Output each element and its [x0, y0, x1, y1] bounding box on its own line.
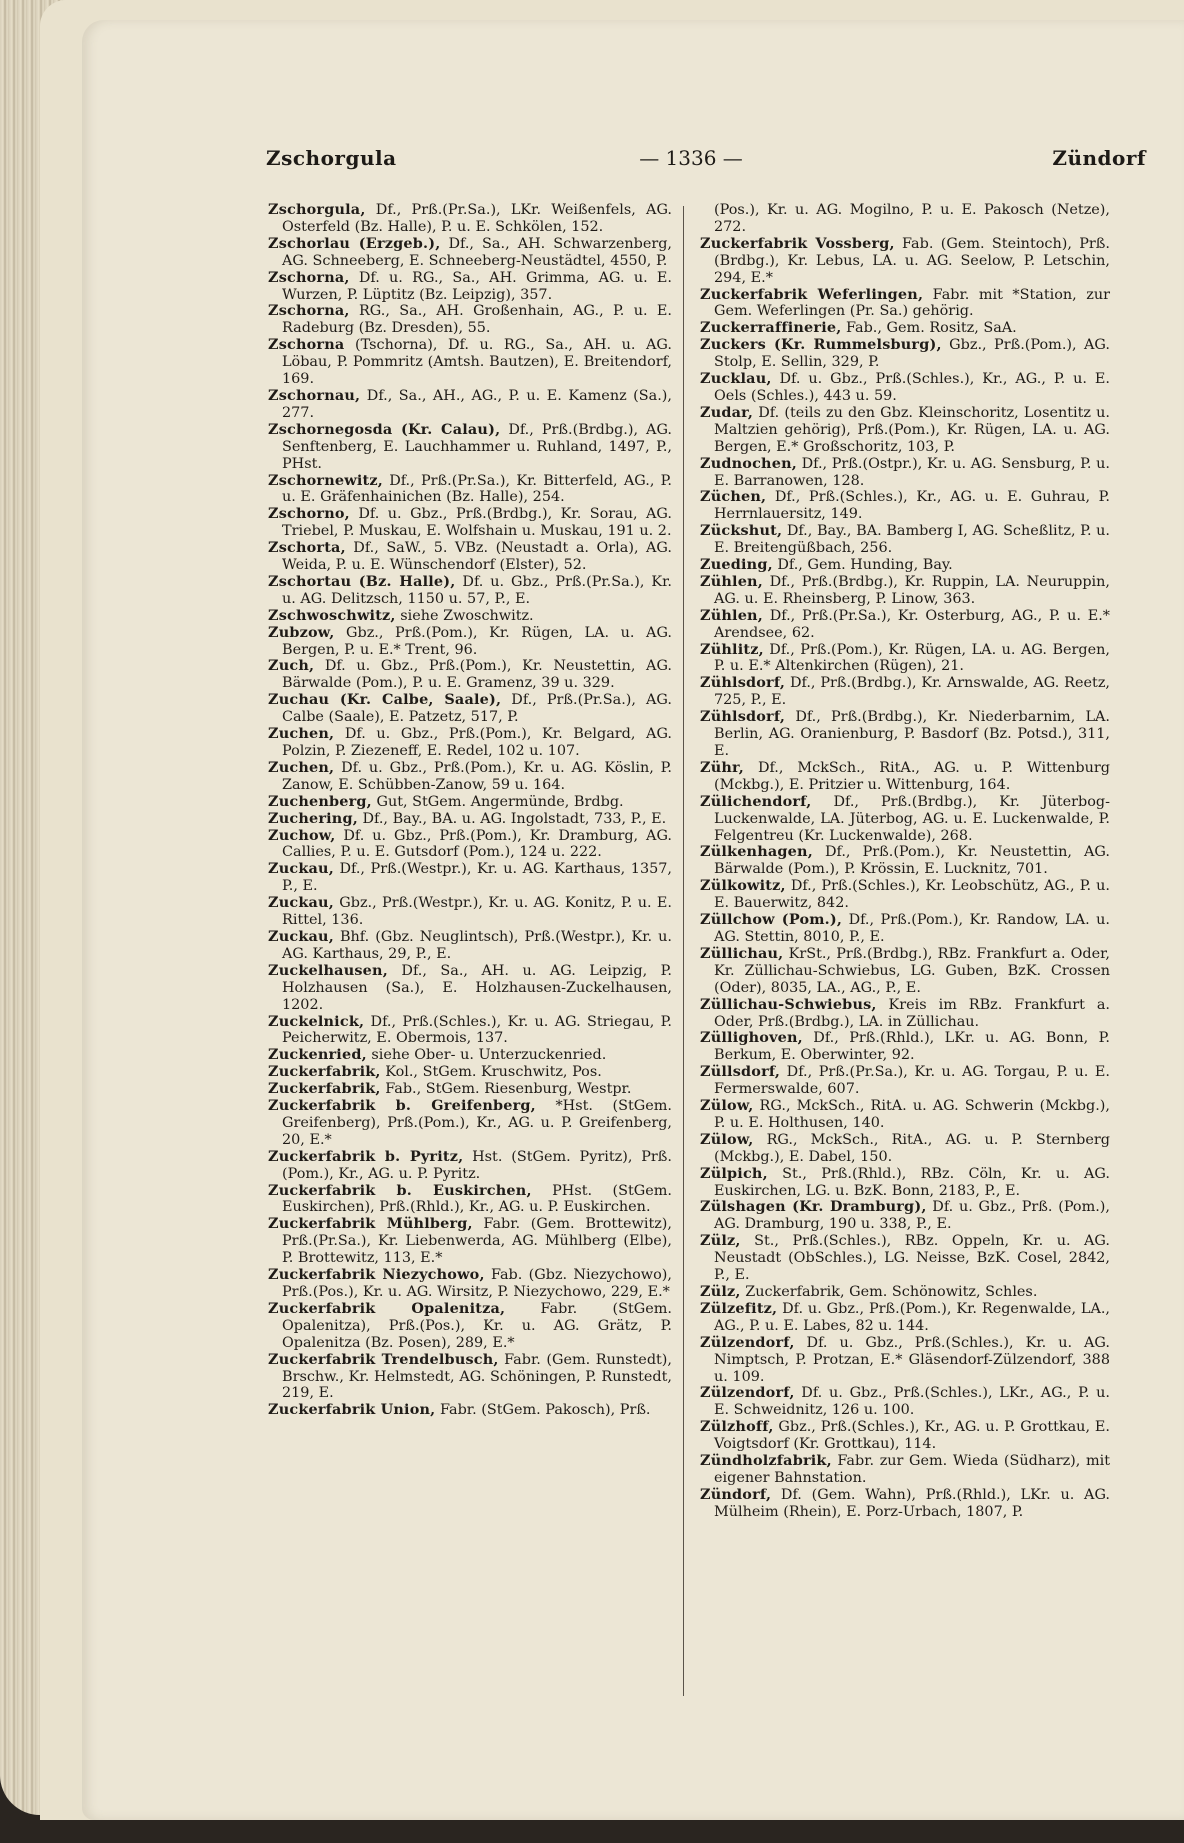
entry-headword: Züllchow (Pom.), [700, 911, 842, 928]
entry-headword: Züllighoven, [700, 1029, 803, 1046]
entry-headword: Zülz, [700, 1283, 741, 1300]
entry-headword: Zschorna, [268, 269, 350, 286]
entry-text: Df. u. Gbz., Prß.(Schles.), Kr., AG., P.… [714, 371, 1110, 404]
entry-headword: Zühr, [700, 759, 744, 776]
gazetteer-entry: Zühlitz, Df., Prß.(Pom.), Kr. Rügen, LA.… [700, 642, 1110, 676]
gazetteer-entry: Zuckau, Df., Prß.(Westpr.), Kr. u. AG. K… [268, 861, 672, 895]
gazetteer-entry: Zuckerfabrik Union, Fabr. (StGem. Pakosc… [268, 1402, 672, 1419]
entry-headword: Zülkowitz, [700, 877, 786, 894]
entry-headword: Zuckerfabrik b. Greifenberg, [268, 1097, 536, 1114]
entry-text: Df., Prß.(Pom.), Kr. Rügen, LA. u. AG. B… [714, 642, 1110, 675]
gazetteer-entry: Zühlsdorf, Df., Prß.(Brdbg.), Kr. Nieder… [700, 709, 1110, 760]
column-divider [683, 206, 684, 1696]
entry-headword: Zschorgula, [268, 201, 366, 218]
entry-headword: Zschorna [268, 336, 344, 353]
entry-headword: Zuchen, [268, 725, 334, 742]
gazetteer-entry: Zündorf, Df. (Gem. Wahn), Prß.(Rhld.), L… [700, 1487, 1110, 1521]
entry-headword: Züllichau-Schwiebus, [700, 996, 877, 1013]
gazetteer-entry: Zülz, St., Prß.(Schles.), RBz. Oppeln, K… [700, 1233, 1110, 1284]
entry-text: Df. u. Gbz., Prß.(Pom.), Kr. Neustettin,… [282, 658, 672, 691]
entry-headword: Zucklau, [700, 370, 772, 387]
entry-headword: Zschornegosda (Kr. Calau), [268, 421, 500, 438]
gazetteer-entry: Zülow, RG., MckSch., RitA., AG. u. P. St… [700, 1132, 1110, 1166]
gazetteer-entry: Zuckerfabrik Niezychowo, Fab. (Gbz. Niez… [268, 1267, 672, 1301]
gazetteer-entry: Zühlsdorf, Df., Prß.(Brdbg.), Kr. Arnswa… [700, 675, 1110, 709]
gazetteer-entry: Zuckerfabrik b. Pyritz, Hst. (StGem. Pyr… [268, 1149, 672, 1183]
entry-text: St., Prß.(Rhld.), RBz. Cöln, Kr. u. AG. … [714, 1166, 1110, 1199]
gazetteer-entry: Züllchow (Pom.), Df., Prß.(Pom.), Kr. Ra… [700, 912, 1110, 946]
gazetteer-entry: Zucklau, Df. u. Gbz., Prß.(Schles.), Kr.… [700, 371, 1110, 405]
gazetteer-entry: Zschwoschwitz, siehe Zwoschwitz. [268, 608, 672, 625]
entry-headword: Zühlsdorf, [700, 708, 785, 725]
entry-headword: Zuckerfabrik b. Euskirchen, [268, 1182, 532, 1199]
gazetteer-entry: Zülichendorf, Df., Prß.(Brdbg.), Kr. Jüt… [700, 794, 1110, 845]
running-header: Zschorgula — 1336 — Zündorf [266, 146, 1116, 176]
gazetteer-entry: Zündholzfabrik, Fabr. zur Gem. Wieda (Sü… [700, 1453, 1110, 1487]
entry-headword: Zuckerfabrik b. Pyritz, [268, 1148, 463, 1165]
entry-text: Df., Gem. Hunding, Bay. [773, 557, 953, 573]
gazetteer-entry: Zuckerfabrik Opalenitza, Fabr. (StGem. O… [268, 1301, 672, 1352]
entry-headword: Zudar, [700, 404, 753, 421]
entry-headword: Zschornau, [268, 387, 360, 404]
entry-headword: Zuckerfabrik Niezychowo, [268, 1266, 485, 1283]
gazetteer-entry: Zuckerfabrik b. Euskirchen, PHst. (StGem… [268, 1183, 672, 1217]
entry-headword: Zuchau (Kr. Calbe, Saale), [268, 691, 501, 708]
entry-headword: Zschwoschwitz, [268, 607, 396, 624]
entry-headword: Zubzow, [268, 624, 334, 641]
entry-headword: Zuckau, [268, 928, 334, 945]
gazetteer-entry: Züllighoven, Df., Prß.(Rhld.), LKr. u. A… [700, 1030, 1110, 1064]
gazetteer-entry: Zuckau, Bhf. (Gbz. Neuglintsch), Prß.(We… [268, 929, 672, 963]
gazetteer-entry: Zuchering, Df., Bay., BA. u. AG. Ingolst… [268, 811, 672, 828]
gazetteer-entry: Zülpich, St., Prß.(Rhld.), RBz. Cöln, Kr… [700, 1166, 1110, 1200]
entry-text: RG., MckSch., RitA. u. AG. Schwerin (Mck… [714, 1098, 1110, 1131]
entry-headword: Zuckelhausen, [268, 962, 388, 979]
gazetteer-entry: Zschortau (Bz. Halle), Df. u. Gbz., Prß.… [268, 574, 672, 608]
gazetteer-entry: Züllichau, KrSt., Prß.(Brdbg.), RBz. Fra… [700, 946, 1110, 997]
gazetteer-entry: Zuckenried, siehe Ober- u. Unterzuckenri… [268, 1047, 672, 1064]
gazetteer-entry: Zschorna, RG., Sa., AH. Großenhain, AG.,… [268, 303, 672, 337]
entry-text: Df., Prß.(Westpr.), Kr. u. AG. Karthaus,… [282, 861, 672, 894]
running-head-right: Zündorf [1052, 146, 1146, 170]
entry-text: Gbz., Prß.(Pom.), Kr. Rügen, LA. u. AG. … [282, 625, 672, 658]
entry-headword: Züllichau, [700, 945, 783, 962]
entry-headword: Zuckers (Kr. Rummelsburg), [700, 336, 942, 353]
gazetteer-entry: Zschorno, Df. u. Gbz., Prß.(Brdbg.), Kr.… [268, 506, 672, 540]
entry-headword: Zuckerfabrik Union, [268, 1401, 435, 1418]
gazetteer-entry: Zülkenhagen, Df., Prß.(Pom.), Kr. Neuste… [700, 844, 1110, 878]
entry-headword: Zschorno, [268, 505, 350, 522]
entry-text: Df., MckSch., RitA., AG. u. P. Wittenbur… [714, 760, 1110, 793]
entry-headword: Zuchow, [268, 827, 335, 844]
entry-text: Fab., Gem. Rositz, SaA. [841, 320, 1016, 336]
gazetteer-entry: Zuckerfabrik Trendelbusch, Fabr. (Gem. R… [268, 1352, 672, 1403]
entry-headword: Zündorf, [700, 1486, 771, 1503]
gazetteer-entry: Züllichau-Schwiebus, Kreis im RBz. Frank… [700, 997, 1110, 1031]
entry-text: Df. (teils zu den Gbz. Kleinschoritz, Lo… [714, 405, 1110, 455]
gazetteer-entry: Zuckau, Gbz., Prß.(Westpr.), Kr. u. AG. … [268, 895, 672, 929]
entry-text: Df., Bay., BA. u. AG. Ingolstadt, 733, P… [358, 811, 666, 827]
entry-headword: Zülz, [700, 1232, 741, 1249]
gazetteer-entry: Zuchen, Df. u. Gbz., Prß.(Pom.), Kr. u. … [268, 760, 672, 794]
entry-text: Fabr. (StGem. Pakosch), Prß. [435, 1402, 650, 1418]
entry-headword: Zueding, [700, 556, 773, 573]
gazetteer-entry: Zuckerfabrik Vossberg, Fab. (Gem. Steint… [700, 236, 1110, 287]
gazetteer-entry: Zschornegosda (Kr. Calau), Df., Prß.(Brd… [268, 422, 672, 473]
entry-text: Df. u. Gbz., Prß.(Pom.), Kr. Dramburg, A… [282, 828, 672, 861]
gazetteer-entry: Zueding, Df., Gem. Hunding, Bay. [700, 557, 1110, 574]
entry-text: Gbz., Prß.(Westpr.), Kr. u. AG. Konitz, … [282, 895, 672, 928]
entry-headword: Zuckerfabrik Opalenitza, [268, 1300, 505, 1317]
entry-headword: Zückshut, [700, 522, 782, 539]
entry-headword: Zuchering, [268, 810, 358, 827]
gazetteer-entry: Zülzendorf, Df. u. Gbz., Prß.(Schles.), … [700, 1335, 1110, 1386]
entry-headword: Zülpich, [700, 1165, 768, 1182]
entry-headword: Zuckerfabrik, [268, 1063, 381, 1080]
gazetteer-entry: Zuckerfabrik, Kol., StGem. Kruschwitz, P… [268, 1064, 672, 1081]
entry-headword: Zühlen, [700, 573, 763, 590]
gazetteer-entry: (Pos.), Kr. u. AG. Mogilno, P. u. E. Pak… [700, 202, 1110, 236]
entry-text: Df. u. Gbz., Prß.(Pom.), Kr. u. AG. Kösl… [282, 760, 672, 793]
entry-text: Df., Prß.(Brdbg.), Kr. Ruppin, LA. Neuru… [714, 574, 1110, 607]
gazetteer-entry: Zuckerraffinerie, Fab., Gem. Rositz, SaA… [700, 320, 1110, 337]
entry-headword: Zülzendorf, [700, 1384, 795, 1401]
entry-text: Df., Prß.(Pr.Sa.), Kr. Osterburg, AG., P… [714, 608, 1110, 641]
entry-headword: Zuckerraffinerie, [700, 319, 841, 336]
entry-headword: Zuckerfabrik Weferlingen, [700, 286, 923, 303]
entry-headword: Zuchen, [268, 759, 334, 776]
entry-text: siehe Zwoschwitz. [396, 608, 534, 624]
entry-headword: Zühlitz, [700, 641, 764, 658]
gazetteer-entry: Zülz, Zuckerfabrik, Gem. Schönowitz, Sch… [700, 1284, 1110, 1301]
entry-headword: Zuckerfabrik, [268, 1080, 381, 1097]
gazetteer-entry: Zuckerfabrik Mühlberg, Fabr. (Gem. Brott… [268, 1216, 672, 1267]
right-column: (Pos.), Kr. u. AG. Mogilno, P. u. E. Pak… [700, 202, 1110, 1521]
gazetteer-entry: Zuckers (Kr. Rummelsburg), Gbz., Prß.(Po… [700, 337, 1110, 371]
gazetteer-entry: Zuch, Df. u. Gbz., Prß.(Pom.), Kr. Neust… [268, 658, 672, 692]
entry-text: Df., Prß.(Schles.), Kr., AG. u. E. Guhra… [714, 489, 1110, 522]
entry-headword: Zuckerfabrik Trendelbusch, [268, 1351, 499, 1368]
gazetteer-entry: Zschorna (Tschorna), Df. u. RG., Sa., AH… [268, 337, 672, 388]
entry-text: siehe Ober- u. Unterzuckenried. [367, 1047, 606, 1063]
gazetteer-entry: Zülkowitz, Df., Prß.(Schles.), Kr. Leobs… [700, 878, 1110, 912]
entry-headword: Zuckerfabrik Vossberg, [700, 235, 895, 252]
gazetteer-entry: Zülow, RG., MckSch., RitA. u. AG. Schwer… [700, 1098, 1110, 1132]
gazetteer-entry: Zuchau (Kr. Calbe, Saale), Df., Prß.(Pr.… [268, 692, 672, 726]
entry-text: Df. (Gem. Wahn), Prß.(Rhld.), LKr. u. AG… [714, 1487, 1110, 1520]
left-column: Zschorgula, Df., Prß.(Pr.Sa.), LKr. Weiß… [268, 202, 672, 1419]
gazetteer-entry: Züchen, Df., Prß.(Schles.), Kr., AG. u. … [700, 489, 1110, 523]
gazetteer-entry: Zuckerfabrik, Fab., StGem. Riesenburg, W… [268, 1081, 672, 1098]
entry-text: Bhf. (Gbz. Neuglintsch), Prß.(Westpr.), … [282, 929, 672, 962]
entry-text: (Pos.), Kr. u. AG. Mogilno, P. u. E. Pak… [714, 202, 1110, 235]
entry-text: Df. u. Gbz., Prß.(Pom.), Kr. Belgard, AG… [282, 726, 672, 759]
entry-headword: Züchen, [700, 488, 766, 505]
gazetteer-entry: Zuchow, Df. u. Gbz., Prß.(Pom.), Kr. Dra… [268, 828, 672, 862]
gazetteer-entry: Zuchenberg, Gut, StGem. Angermünde, Brdb… [268, 794, 672, 811]
entry-headword: Zülkenhagen, [700, 843, 813, 860]
entry-headword: Zuckelnick, [268, 1013, 364, 1030]
gazetteer-entry: Züllsdorf, Df., Prß.(Pr.Sa.), Kr. u. AG.… [700, 1064, 1110, 1098]
gazetteer-entry: Zubzow, Gbz., Prß.(Pom.), Kr. Rügen, LA.… [268, 625, 672, 659]
entry-headword: Zschortau (Bz. Halle), [268, 573, 456, 590]
gazetteer-entry: Zschornau, Df., Sa., AH., AG., P. u. E. … [268, 388, 672, 422]
entry-text: Kol., StGem. Kruschwitz, Pos. [381, 1064, 602, 1080]
entry-headword: Zühlsdorf, [700, 674, 785, 691]
gazetteer-entry: Zülshagen (Kr. Dramburg), Df. u. Gbz., P… [700, 1199, 1110, 1233]
gazetteer-entry: Zudar, Df. (teils zu den Gbz. Kleinschor… [700, 405, 1110, 456]
gazetteer-entry: Zühlen, Df., Prß.(Brdbg.), Kr. Ruppin, L… [700, 574, 1110, 608]
gazetteer-entry: Zülzhoff, Gbz., Prß.(Schles.), Kr., AG. … [700, 1419, 1110, 1453]
gazetteer-entry: Zühr, Df., MckSch., RitA., AG. u. P. Wit… [700, 760, 1110, 794]
entry-headword: Zülshagen (Kr. Dramburg), [700, 1198, 927, 1215]
gazetteer-entry: Zuckelhausen, Df., Sa., AH. u. AG. Leipz… [268, 963, 672, 1014]
entry-headword: Zuch, [268, 657, 314, 674]
page-number: — 1336 — [266, 146, 1116, 170]
entry-headword: Zschornewitz, [268, 472, 383, 489]
entry-headword: Zschorlau (Erzgeb.), [268, 235, 440, 252]
gazetteer-entry: Zschorlau (Erzgeb.), Df., Sa., AH. Schwa… [268, 236, 672, 270]
entry-headword: Zuckerfabrik Mühlberg, [268, 1215, 473, 1232]
gazetteer-entry: Zülzefitz, Df. u. Gbz., Prß.(Pom.), Kr. … [700, 1301, 1110, 1335]
entry-headword: Zülzendorf, [700, 1334, 795, 1351]
entry-headword: Zündholzfabrik, [700, 1452, 832, 1469]
gazetteer-entry: Zühlen, Df., Prß.(Pr.Sa.), Kr. Osterburg… [700, 608, 1110, 642]
entry-headword: Zuchenberg, [268, 793, 372, 810]
entry-headword: Zuckau, [268, 860, 334, 877]
entry-headword: Zschorna, [268, 302, 350, 319]
entry-headword: Zülzefitz, [700, 1300, 777, 1317]
entry-text: RG., MckSch., RitA., AG. u. P. Sternberg… [714, 1132, 1110, 1165]
entry-text: Zuckerfabrik, Gem. Schönowitz, Schles. [741, 1284, 1038, 1300]
entry-headword: Zühlen, [700, 607, 763, 624]
gazetteer-entry: Zuckerfabrik b. Greifenberg, *Hst. (StGe… [268, 1098, 672, 1149]
entry-headword: Zülow, [700, 1097, 753, 1114]
entry-headword: Zuckau, [268, 894, 334, 911]
entry-headword: Zülow, [700, 1131, 753, 1148]
gazetteer-entry: Zülzendorf, Df. u. Gbz., Prß.(Schles.), … [700, 1385, 1110, 1419]
entry-headword: Zudnochen, [700, 455, 797, 472]
gazetteer-entry: Zückshut, Df., Bay., BA. Bamberg I, AG. … [700, 523, 1110, 557]
entry-text: Gut, StGem. Angermünde, Brdbg. [372, 794, 624, 810]
entry-headword: Zuckenried, [268, 1046, 367, 1063]
entry-text: St., Prß.(Schles.), RBz. Oppeln, Kr. u. … [714, 1233, 1110, 1283]
gazetteer-entry: Zuckerfabrik Weferlingen, Fabr. mit *Sta… [700, 287, 1110, 321]
gazetteer-entry: Zschorta, Df., SaW., 5. VBz. (Neustadt a… [268, 540, 672, 574]
gazetteer-entry: Zschorgula, Df., Prß.(Pr.Sa.), LKr. Weiß… [268, 202, 672, 236]
gazetteer-entry: Zudnochen, Df., Prß.(Ostpr.), Kr. u. AG.… [700, 456, 1110, 490]
entry-text: Fab., StGem. Riesenburg, Westpr. [381, 1081, 632, 1097]
entry-headword: Zschorta, [268, 539, 346, 556]
entry-headword: Zülichendorf, [700, 793, 811, 810]
gazetteer-entry: Zschornewitz, Df., Prß.(Pr.Sa.), Kr. Bit… [268, 473, 672, 507]
entry-headword: Züllsdorf, [700, 1063, 780, 1080]
gazetteer-entry: Zuckelnick, Df., Prß.(Schles.), Kr. u. A… [268, 1014, 672, 1048]
gazetteer-entry: Zuchen, Df. u. Gbz., Prß.(Pom.), Kr. Bel… [268, 726, 672, 760]
gazetteer-entry: Zschorna, Df. u. RG., Sa., AH. Grimma, A… [268, 270, 672, 304]
entry-text: Gbz., Prß.(Schles.), Kr., AG. u. P. Grot… [714, 1419, 1110, 1452]
entry-headword: Zülzhoff, [700, 1418, 774, 1435]
